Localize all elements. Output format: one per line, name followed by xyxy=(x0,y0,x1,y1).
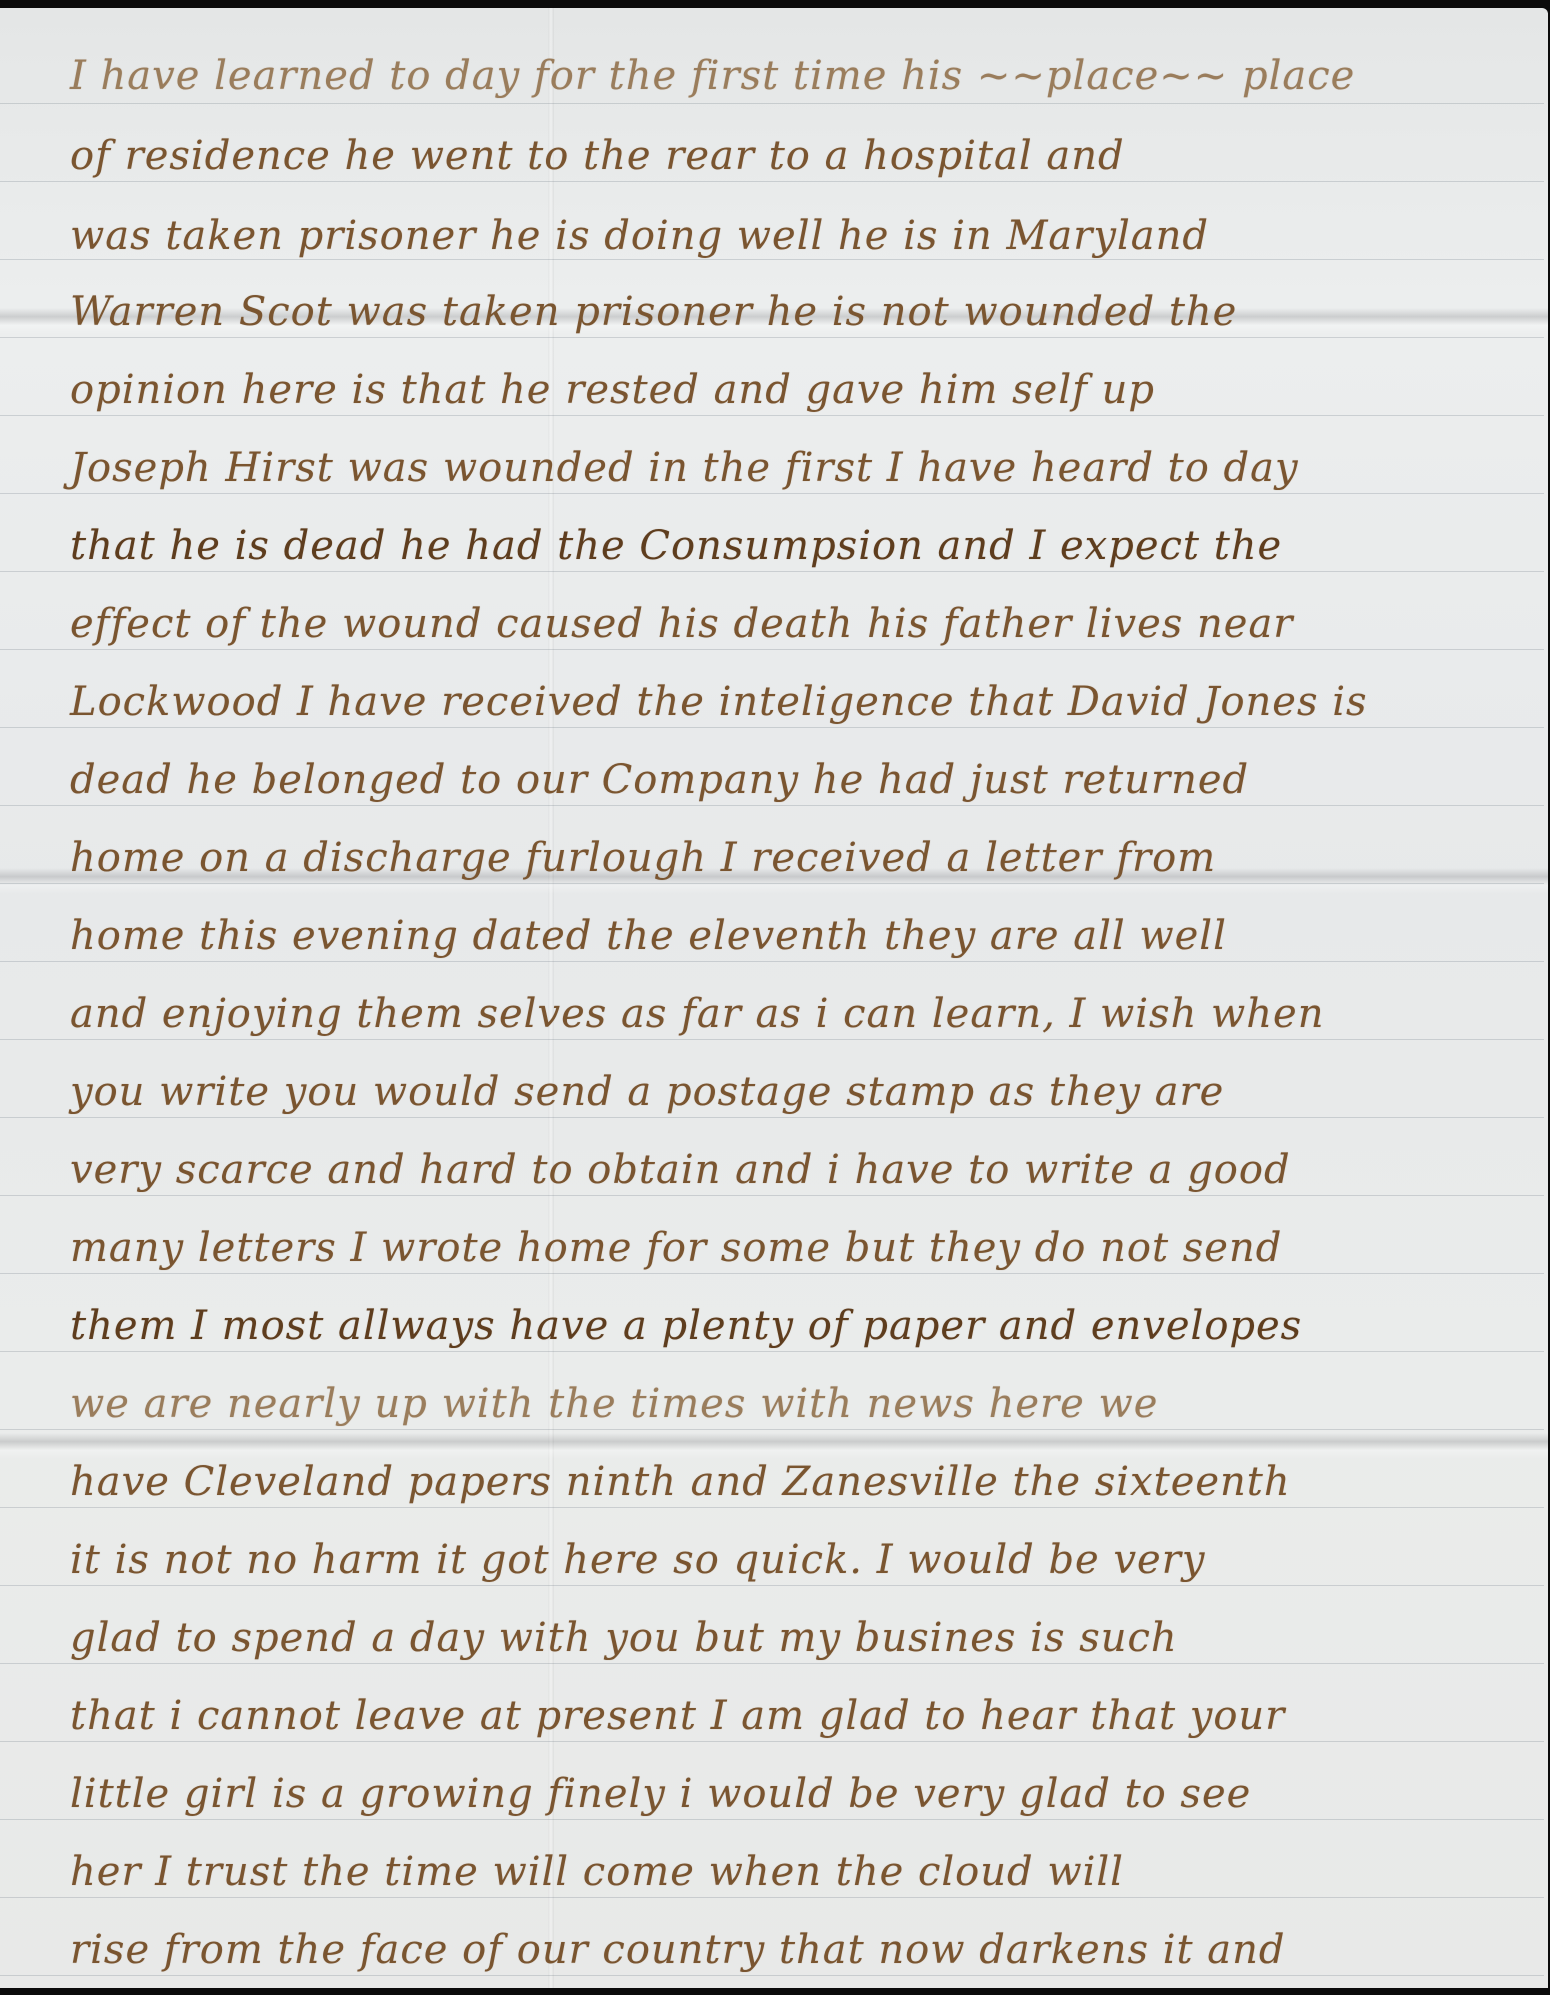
text-line: that he is dead he had the Consumpsion a… xyxy=(70,520,1530,572)
text-line: of residence he went to the rear to a ho… xyxy=(70,130,1530,182)
text-line: opinion here is that he rested and gave … xyxy=(70,364,1530,416)
text-line: have Cleveland papers ninth and Zanesvil… xyxy=(70,1456,1530,1508)
text-line: them I most allways have a plenty of pap… xyxy=(70,1300,1530,1352)
text-line: Warren Scot was taken prisoner he is not… xyxy=(70,286,1530,338)
text-line: and enjoying them selves as far as i can… xyxy=(70,988,1530,1040)
text-line: glad to spend a day with you but my busi… xyxy=(70,1612,1530,1664)
text-line: effect of the wound caused his death his… xyxy=(70,598,1530,650)
text-line: you write you would send a postage stamp… xyxy=(70,1066,1530,1118)
text-line: dead he belonged to our Company he had j… xyxy=(70,754,1530,806)
letter-page: I have learned to day for the first time… xyxy=(0,8,1548,1988)
text-line: many letters I wrote home for some but t… xyxy=(70,1222,1530,1274)
text-line: Joseph Hirst was wounded in the first I … xyxy=(70,442,1530,494)
text-line: it is not no harm it got here so quick. … xyxy=(70,1534,1530,1586)
text-line: little girl is a growing finely i would … xyxy=(70,1768,1530,1820)
text-line: home this evening dated the eleventh the… xyxy=(70,910,1530,962)
text-line: that i cannot leave at present I am glad… xyxy=(70,1690,1530,1742)
text-line: I have learned to day for the first time… xyxy=(70,50,1530,102)
text-line: was taken prisoner he is doing well he i… xyxy=(70,210,1530,262)
text-line: her I trust the time will come when the … xyxy=(70,1846,1530,1898)
text-line: home on a discharge furlough I received … xyxy=(70,832,1530,884)
text-line: we are nearly up with the times with new… xyxy=(70,1378,1530,1430)
handwritten-text: I have learned to day for the first time… xyxy=(0,8,1548,1988)
text-line: rise from the face of our country that n… xyxy=(70,1924,1530,1976)
text-line: very scarce and hard to obtain and i hav… xyxy=(70,1144,1530,1196)
text-line: Lockwood I have received the inteligence… xyxy=(70,676,1530,728)
